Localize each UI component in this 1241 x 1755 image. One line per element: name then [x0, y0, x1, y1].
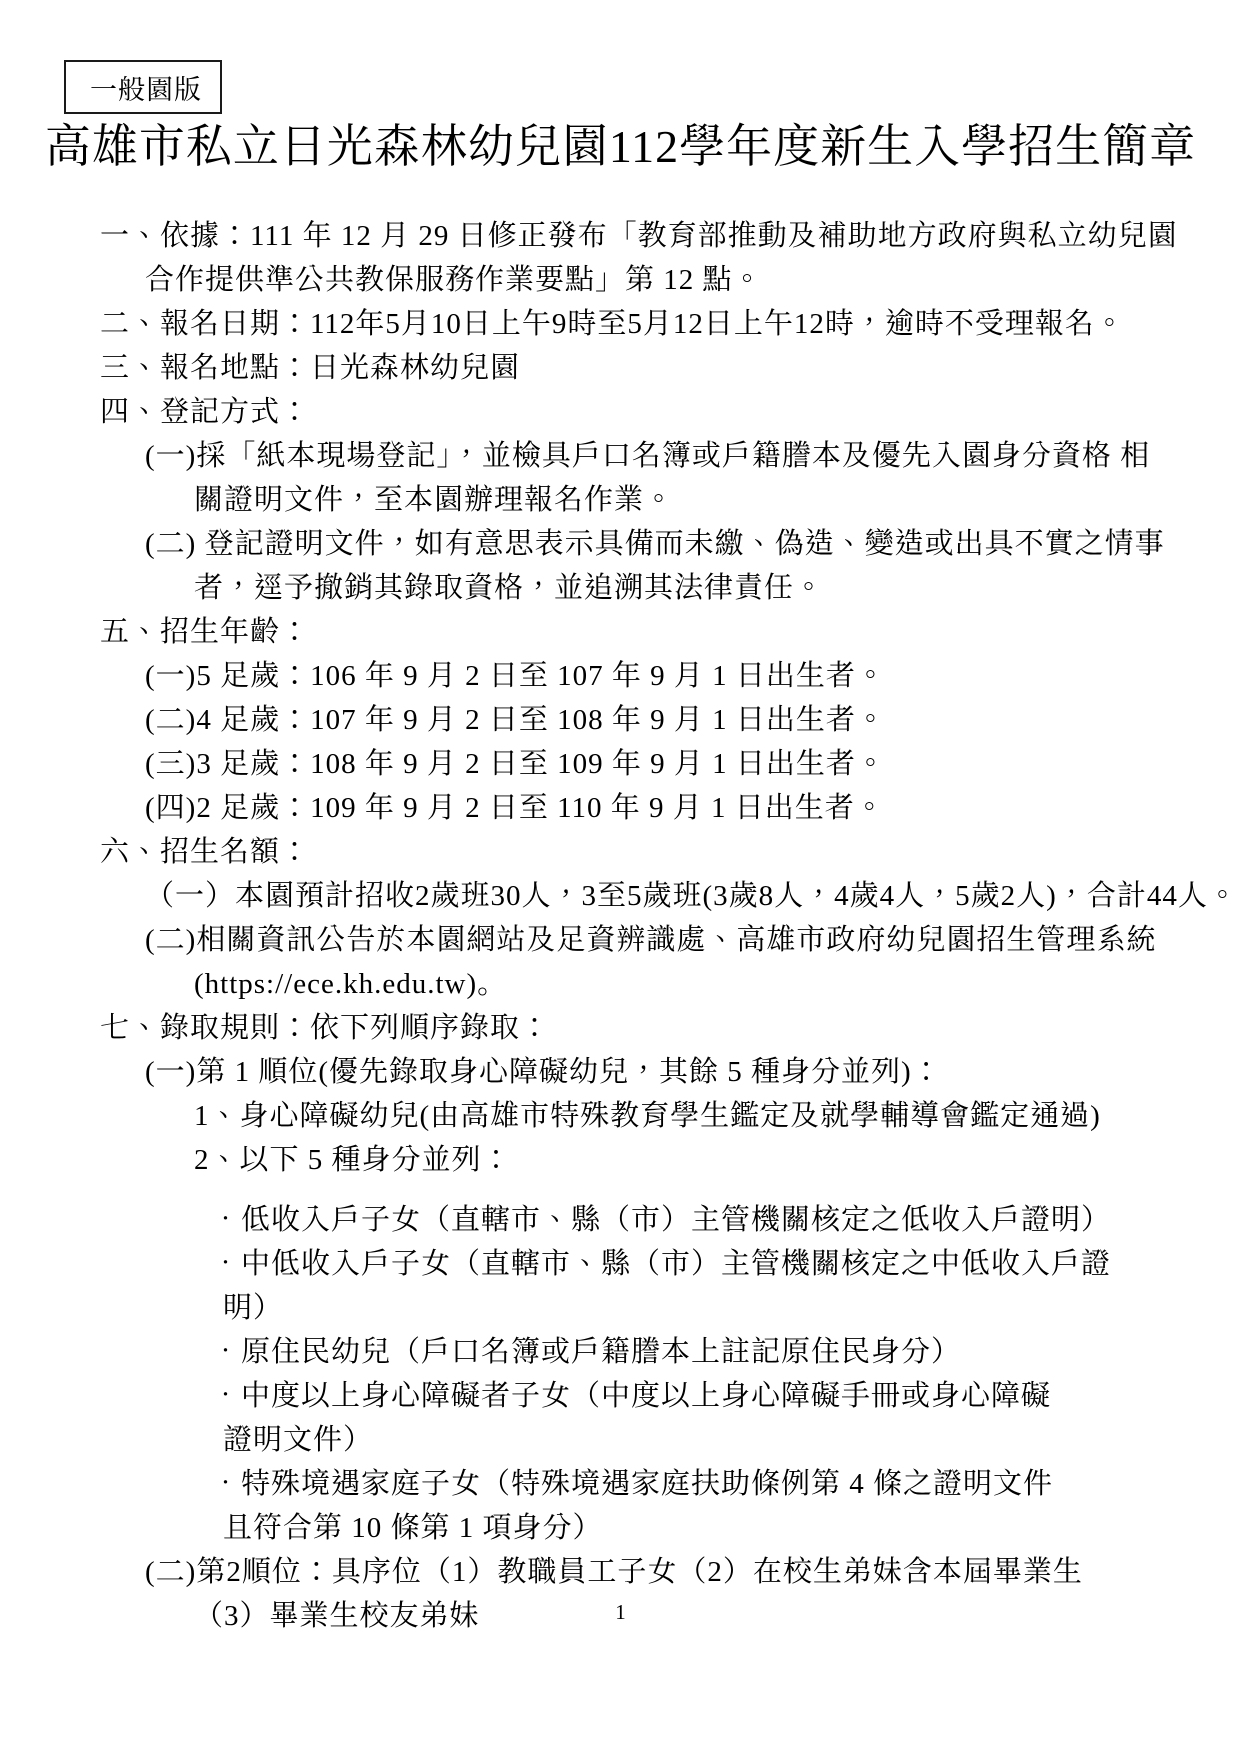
- document-page: 一般園版 高雄市私立日光森林幼兒園112學年度新生入學招生簡章 一、依據：111…: [0, 0, 1241, 1755]
- doc-line: 者，逕予撤銷其錄取資格，並追溯其法律責任。: [0, 566, 1241, 610]
- version-badge: 一般園版: [64, 60, 222, 114]
- doc-line: 關證明文件，至本園辦理報名作業。: [0, 478, 1241, 522]
- doc-line: （一）本園預計招收2歲班30人，3至5歲班(3歲8人，4歲4人，5歲2人)，合計…: [0, 874, 1241, 918]
- doc-line: ‧原住民幼兒（戶口名簿或戶籍謄本上註記原住民身分）: [0, 1330, 1241, 1374]
- doc-line: (一)5 足歲：106 年 9 月 2 日至 107 年 9 月 1 日出生者。: [0, 654, 1241, 698]
- doc-line: (二)相關資訊公告於本園網站及足資辨識處、高雄市政府幼兒園招生管理系統: [0, 918, 1241, 962]
- doc-line: 六、招生名額：: [0, 830, 1241, 874]
- doc-line: (一)第 1 順位(優先錄取身心障礙幼兒，其餘 5 種身分並列)：: [0, 1050, 1241, 1094]
- version-badge-label: 一般園版: [90, 68, 202, 107]
- doc-line: ‧中低收入戶子女（直轄市、縣（市）主管機關核定之中低收入戶證: [0, 1242, 1241, 1286]
- doc-line: ‧特殊境遇家庭子女（特殊境遇家庭扶助條例第 4 條之證明文件: [0, 1462, 1241, 1506]
- doc-line: (三)3 足歲：108 年 9 月 2 日至 109 年 9 月 1 日出生者。: [0, 742, 1241, 786]
- doc-line: 四、登記方式：: [0, 390, 1241, 434]
- doc-line: 且符合第 10 條第 1 項身分）: [0, 1506, 1241, 1550]
- doc-line: 證明文件）: [0, 1418, 1241, 1462]
- doc-line: 三、報名地點：日光森林幼兒園: [0, 346, 1241, 390]
- doc-line: 二、報名日期：112年5月10日上午9時至5月12日上午12時，逾時不受理報名。: [0, 302, 1241, 346]
- doc-line: 七、錄取規則：依下列順序錄取：: [0, 1006, 1241, 1050]
- page-title: 高雄市私立日光森林幼兒園112學年度新生入學招生簡章: [0, 118, 1241, 176]
- doc-line: (https://ece.kh.edu.tw)。: [0, 962, 1241, 1006]
- doc-line: 一、依據：111 年 12 月 29 日修正發布「教育部推動及補助地方政府與私立…: [0, 214, 1241, 258]
- doc-line: (二)第2順位：具序位（1）教職員工子女（2）在校生弟妹含本屆畢業生: [0, 1550, 1241, 1594]
- doc-line: 五、招生年齡：: [0, 610, 1241, 654]
- doc-line: ‧低收入戶子女（直轄市、縣（市）主管機關核定之低收入戶證明）: [0, 1198, 1241, 1242]
- document-body: 一、依據：111 年 12 月 29 日修正發布「教育部推動及補助地方政府與私立…: [0, 214, 1241, 1638]
- doc-line: (二)4 足歲：107 年 9 月 2 日至 108 年 9 月 1 日出生者。: [0, 698, 1241, 742]
- doc-line: ‧中度以上身心障礙者子女（中度以上身心障礙手冊或身心障礙: [0, 1374, 1241, 1418]
- doc-line: 明）: [0, 1286, 1241, 1330]
- doc-line: (一)採「紙本現場登記」，並檢具戶口名簿或戶籍謄本及優先入園身分資格 相: [0, 434, 1241, 478]
- doc-line: (四)2 足歲：109 年 9 月 2 日至 110 年 9 月 1 日出生者。: [0, 786, 1241, 830]
- page-number: 1: [0, 1600, 1241, 1624]
- doc-line: 1、身心障礙幼兒(由高雄市特殊教育學生鑑定及就學輔導會鑑定通過): [0, 1094, 1241, 1138]
- doc-line: 合作提供準公共教保服務作業要點」第 12 點。: [0, 258, 1241, 302]
- doc-line: 2、以下 5 種身分並列：: [0, 1138, 1241, 1182]
- doc-line: (二) 登記證明文件，如有意思表示具備而未繳、偽造、變造或出具不實之情事: [0, 522, 1241, 566]
